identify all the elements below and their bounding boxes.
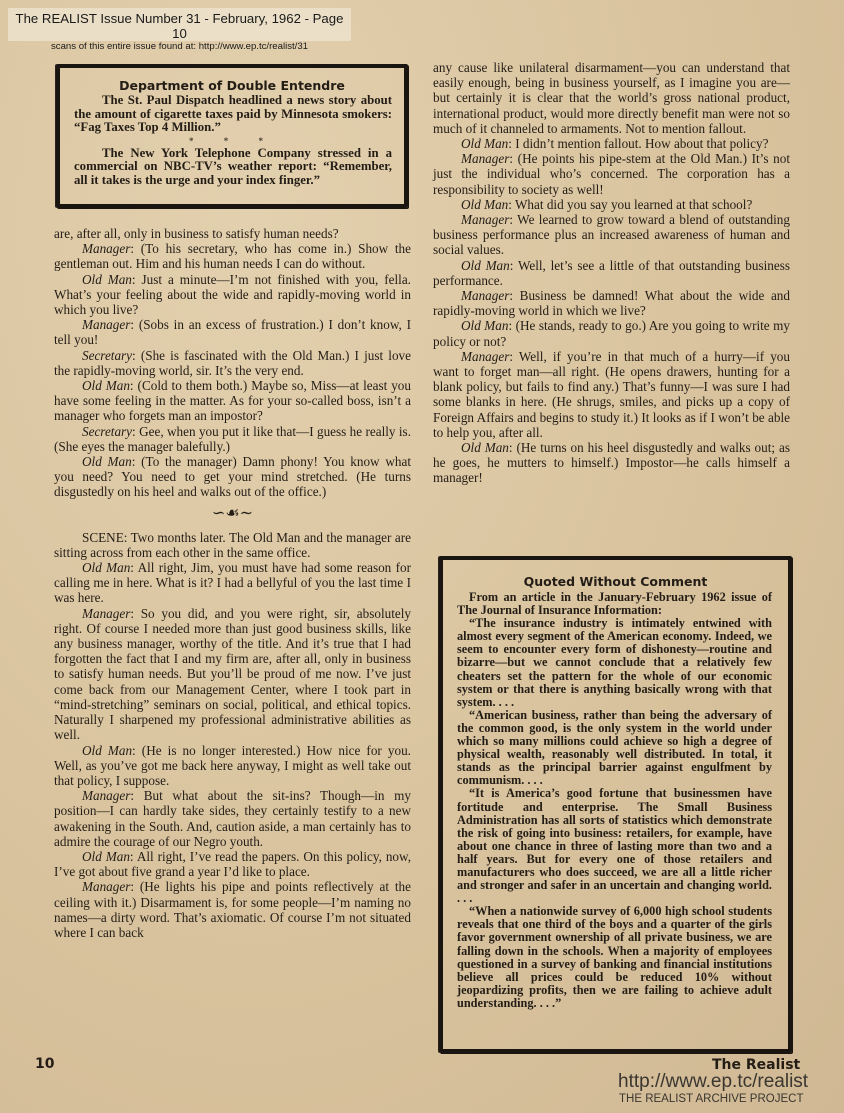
dialogue-line: Old Man: All right, Jim, you must have h…	[54, 560, 411, 606]
speaker: Manager	[461, 151, 509, 166]
dialogue-line: Old Man: What did you say you learned at…	[433, 197, 790, 212]
dialogue-line: Manager: (Sobs in an excess of frustrati…	[54, 317, 411, 347]
speaker: Old Man	[82, 560, 130, 575]
box-paragraph: “When a nationwide survey of 6,000 high …	[457, 905, 772, 1010]
speaker: Manager	[82, 788, 130, 803]
paragraph: any cause like unilateral disarmament—yo…	[433, 60, 790, 136]
speaker: Old Man	[82, 378, 130, 393]
dialogue-line: Old Man: All right, I’ve read the papers…	[54, 849, 411, 879]
speaker: Manager	[461, 212, 509, 227]
dialogue-line: Old Man: (He stands, ready to go.) Are y…	[433, 318, 790, 348]
dialogue-line: Manager: (He points his pipe-stem at the…	[433, 151, 790, 197]
speaker: Old Man	[82, 454, 132, 469]
speaker: Manager	[461, 288, 509, 303]
box-item: The New York Telephone Company stressed …	[74, 147, 392, 188]
dialogue-line: Manager: Business be damned! What about …	[433, 288, 790, 318]
archive-project-label: THE REALIST ARCHIVE PROJECT	[619, 1093, 803, 1105]
speaker: Old Man	[82, 849, 130, 864]
ornament-divider-icon: ∽☙∼	[54, 504, 411, 524]
speaker: Old Man	[82, 743, 132, 758]
speaker: Old Man	[461, 197, 508, 212]
paragraph: are, after all, only in business to sati…	[54, 226, 411, 241]
speaker: Old Man	[461, 318, 508, 333]
speaker: Old Man	[461, 258, 510, 273]
box-heading: Quoted Without Comment	[443, 574, 788, 589]
dialogue-line: Manager: So you did, and you were right,…	[54, 606, 411, 743]
right-column: any cause like unilateral disarmament—yo…	[433, 60, 790, 486]
speaker: Old Man	[461, 440, 509, 455]
dialogue-line: Secretary: (She is fascinated with the O…	[54, 348, 411, 378]
box-paragraph: From an article in the January-February …	[457, 591, 772, 617]
banner-subtitle: scans of this entire issue found at: htt…	[8, 41, 351, 53]
speaker: Secretary	[82, 424, 132, 439]
quoted-without-comment-box: Quoted Without Comment From an article i…	[439, 556, 792, 1053]
dialogue-line: Old Man: I didn’t mention fallout. How a…	[433, 136, 790, 151]
dialogue-line: Old Man: (To the manager) Damn phony! Yo…	[54, 454, 411, 500]
archive-banner: The REALIST Issue Number 31 - February, …	[8, 8, 351, 41]
box-paragraph: “American business, rather than being th…	[457, 709, 772, 788]
speaker: Old Man	[82, 272, 132, 287]
box-heading: Department of Double Entendre	[60, 78, 404, 93]
speaker: Manager	[461, 349, 509, 364]
scene-line: SCENE: Two months later. The Old Man and…	[54, 530, 411, 560]
left-column: are, after all, only in business to sati…	[54, 226, 411, 940]
box-paragraph: “It is America’s good fortune that busin…	[457, 787, 772, 905]
dialogue-line: Manager: We learned to grow toward a ble…	[433, 212, 790, 258]
speaker: Secretary	[82, 348, 132, 363]
speaker: Old Man	[461, 136, 508, 151]
dialogue-line: Manager: But what about the sit-ins? Tho…	[54, 788, 411, 849]
page-number: 10	[35, 1056, 54, 1072]
dialogue-line: Manager: (To his secretary, who has come…	[54, 241, 411, 271]
box-paragraph: “The insurance industry is intimately en…	[457, 617, 772, 709]
speaker: Manager	[82, 879, 130, 894]
speaker: Manager	[82, 317, 130, 332]
dialogue-line: Old Man: (Cold to them both.) Maybe so, …	[54, 378, 411, 424]
speaker: Manager	[82, 241, 130, 256]
double-entendre-box: Department of Double Entendre The St. Pa…	[56, 64, 408, 208]
dialogue-line: Old Man: (He is no longer interested.) H…	[54, 743, 411, 789]
dialogue-line: Old Man: Well, let’s see a little of tha…	[433, 258, 790, 288]
dialogue-line: Secretary: Gee, when you put it like tha…	[54, 424, 411, 454]
speaker: Manager	[82, 606, 130, 621]
box-item: The St. Paul Dispatch headlined a news s…	[74, 94, 392, 135]
dialogue-line: Old Man: Just a minute—I’m not finished …	[54, 272, 411, 318]
dialogue-line: Manager: (He lights his pipe and points …	[54, 879, 411, 940]
banner-title: The REALIST Issue Number 31 - February, …	[8, 8, 351, 41]
star-separator: * * *	[74, 135, 392, 147]
archive-url: http://www.ep.tc/realist	[618, 1071, 808, 1093]
dialogue-line: Old Man: (He turns on his heel disgusted…	[433, 440, 790, 486]
dialogue-line: Manager: Well, if you’re in that much of…	[433, 349, 790, 440]
